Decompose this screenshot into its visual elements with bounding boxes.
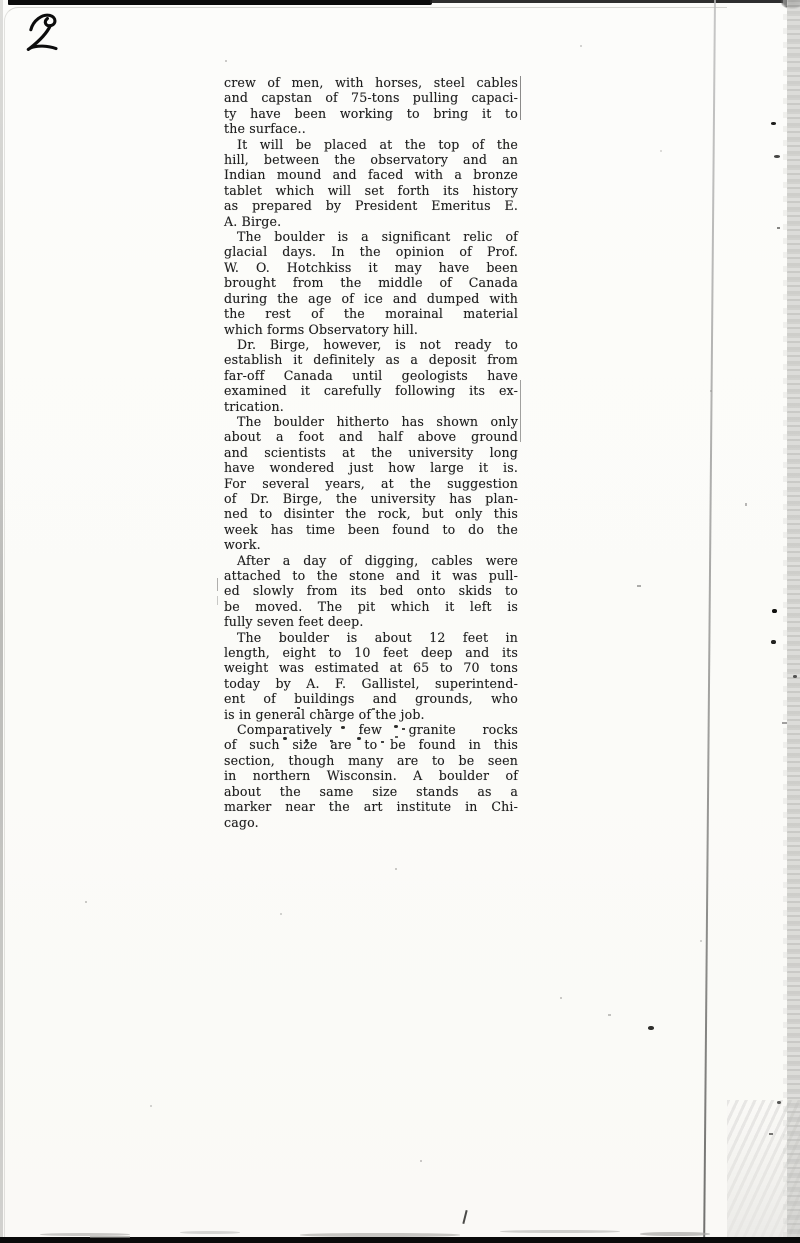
article-line: glacial days. In the opinion of Prof.: [224, 244, 518, 259]
article-line: crew of men, with horses, steel cables: [224, 75, 518, 90]
article-line: be moved. The pit which it left is: [224, 599, 518, 614]
article-line: fully seven feet deep.: [224, 614, 518, 629]
article-column: crew of men, with horses, steel cablesan…: [224, 75, 518, 830]
article-line: Dr. Birge, however, is not ready to: [224, 337, 518, 352]
article-line: week has time been found to do the: [224, 522, 518, 537]
bottom-scan-edge: [0, 1237, 800, 1243]
article-line: in northern Wisconsin. A boulder of: [224, 768, 518, 783]
article-line: which forms Observatory hill.: [224, 322, 518, 337]
article-line: about a foot and half above ground: [224, 429, 518, 444]
article-line: It will be placed at the top of the: [224, 137, 518, 152]
article-line: work.: [224, 537, 518, 552]
article-line: weight was estimated at 65 to 70 tons: [224, 660, 518, 675]
handwritten-page-number: 2: [24, 8, 72, 56]
right-scan-edge-inner: [783, 0, 788, 1243]
article-line: marker near the art institute in Chi-: [224, 799, 518, 814]
article-line: examined it carefully following its ex-: [224, 383, 518, 398]
article-line: during the age of ice and dumped with: [224, 291, 518, 306]
article-line: brought from the middle of Canada: [224, 275, 518, 290]
article-line: far-off Canada until geologists have: [224, 368, 518, 383]
top-scan-edge-thin: [430, 0, 800, 3]
article-line: trication.: [224, 399, 518, 414]
article-line: cago.: [224, 815, 518, 830]
article-line: ned to disinter the rock, but only this: [224, 506, 518, 521]
article-line: The boulder is about 12 feet in: [224, 630, 518, 645]
article-line: Indian mound and faced with a bronze: [224, 167, 518, 182]
article-line: and capstan of 75-tons pulling capaci-: [224, 90, 518, 105]
left-scan-edge: [0, 0, 3, 1243]
article-line: After a day of digging, cables were: [224, 553, 518, 568]
article-line: about the same size stands as a: [224, 784, 518, 799]
ink-speck: [745, 503, 747, 506]
article-line: and scientists at the university long: [224, 445, 518, 460]
article-line: attached to the stone and it was pull-: [224, 568, 518, 583]
ink-speck: [777, 227, 780, 229]
article-line: length, eight to 10 feet deep and its: [224, 645, 518, 660]
ink-speck: [771, 640, 776, 644]
article-line: have wondered just how large it is.: [224, 460, 518, 475]
article-line: W. O. Hotchkiss it may have been: [224, 260, 518, 275]
ink-speck: [772, 609, 777, 613]
article-line: establish it definitely as a deposit fro…: [224, 352, 518, 367]
article-line: For several years, at the suggestion: [224, 476, 518, 491]
bottom-right-smudge: [727, 1100, 800, 1243]
article-line: as prepared by President Emeritus E.: [224, 198, 518, 213]
scanned-page: 2 crew of men, with horses, steel cables…: [0, 0, 800, 1243]
top-scan-edge-thick: [8, 0, 432, 5]
article-line: of Dr. Birge, the university has plan-: [224, 491, 518, 506]
article-line: the rest of the morainal material: [224, 306, 518, 321]
article-line: tablet which will set forth its history: [224, 183, 518, 198]
article-line: is in general charge of the job.: [224, 707, 518, 722]
article-line: today by A. F. Gallistel, superintend-: [224, 676, 518, 691]
article-line: ent of buildings and grounds, who: [224, 691, 518, 706]
ink-speck: [774, 155, 780, 158]
article-line: The boulder is a significant relic of: [224, 229, 518, 244]
article-line: The boulder hitherto has shown only: [224, 414, 518, 429]
right-scan-edge-texture: [787, 0, 800, 1243]
article-line: hill, between the observatory and an: [224, 152, 518, 167]
article-line: the surface..: [224, 121, 518, 136]
article-line: ty have been working to bring it to: [224, 106, 518, 121]
article-line: A. Birge.: [224, 214, 518, 229]
article-line: Comparatively few granite rocks: [224, 722, 518, 737]
article-line: ed slowly from its bed onto skids to: [224, 583, 518, 598]
article-line: section, though many are to be seen: [224, 753, 518, 768]
ink-speck: [771, 122, 776, 125]
article-line: of such size are to be found in this: [224, 737, 518, 752]
